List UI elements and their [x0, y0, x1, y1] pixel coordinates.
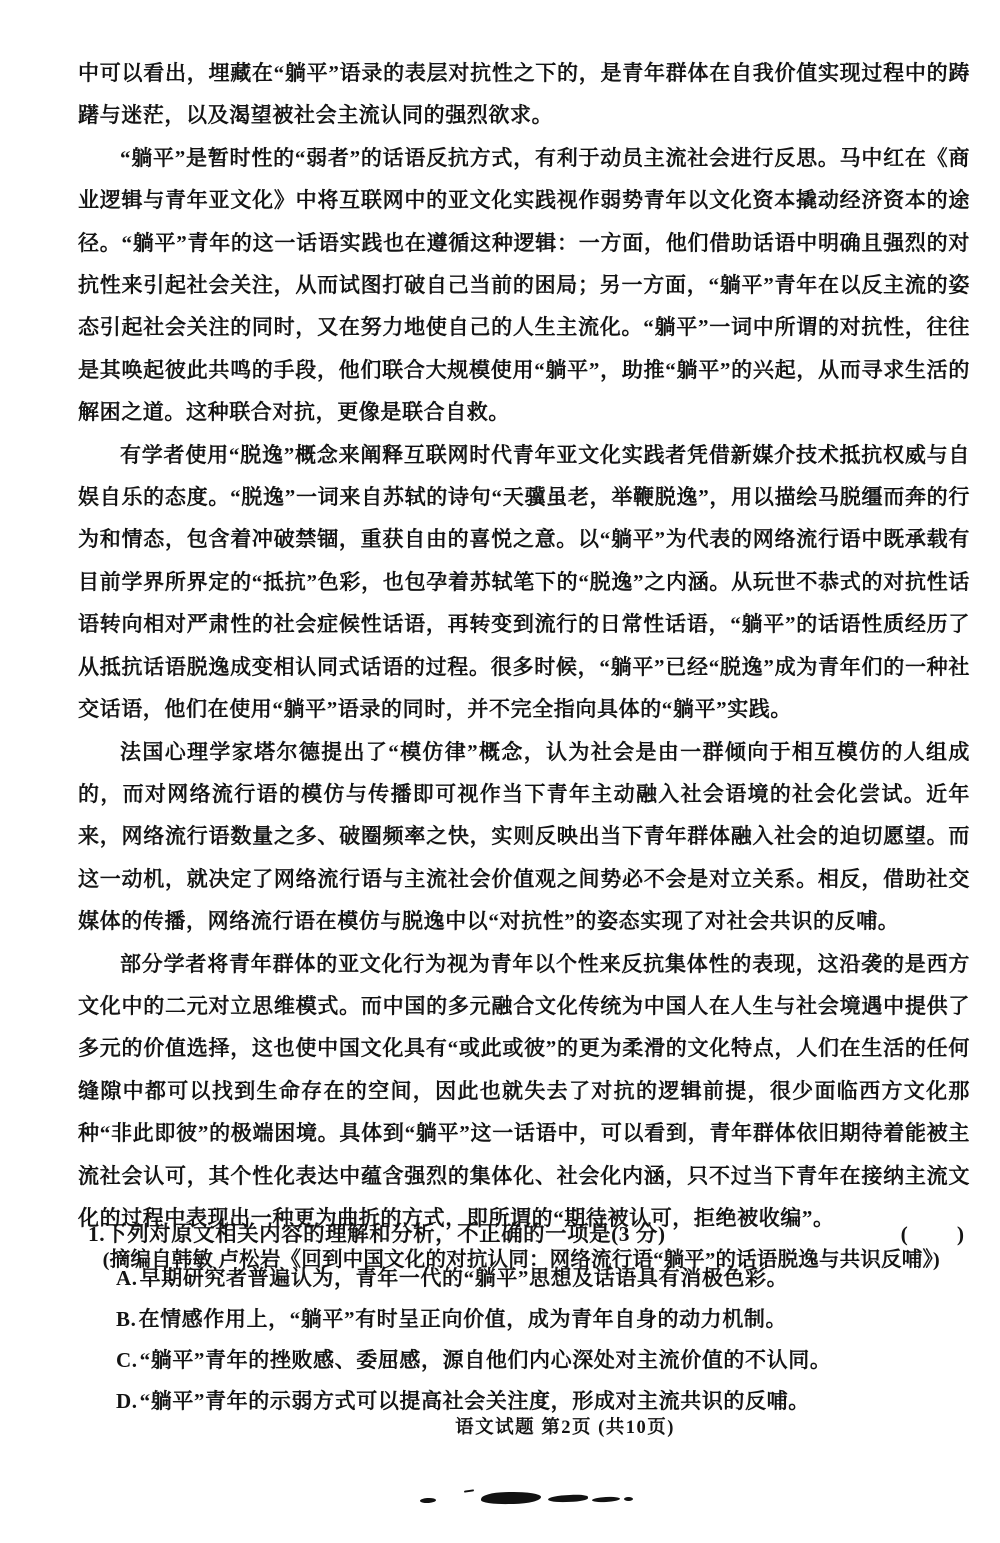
option-c-text: “躺平”青年的挫败感、委屈感，源自他们内心深处对主流价值的不认同。 — [140, 1348, 832, 1372]
option-a-text: 早期研究者普遍认为，青年一代的“躺平”思想及话语具有消极色彩。 — [140, 1266, 789, 1290]
scan-smudge-artifact — [481, 1491, 541, 1504]
reading-passage: 中可以看出，埋藏在“躺平”语录的表层对抗性之下的，是青年群体在自我价值实现过程中… — [78, 52, 970, 1281]
question-stem-text: 下列对原文相关内容的理解和分析，不正确的一项是(3 分) — [105, 1222, 665, 1246]
passage-paragraph: 部分学者将青年群体的亚文化行为视为青年以个性来反抗集体性的表现，这沿袭的是西方文… — [78, 943, 970, 1240]
scan-smudge-artifact — [464, 1489, 474, 1492]
scan-smudge-artifact — [624, 1497, 633, 1501]
option-b-text: 在情感作用上，“躺平”有时呈正向价值，成为青年自身的动力机制。 — [138, 1307, 787, 1331]
question-1: 1.下列对原文相关内容的理解和分析，不正确的一项是(3 分) ( ) A.早期研… — [88, 1212, 970, 1422]
passage-paragraph: “躺平”是暂时性的“弱者”的话语反抗方式，有利于动员主流社会进行反思。马中红在《… — [78, 137, 970, 434]
passage-paragraph-continuation: 中可以看出，埋藏在“躺平”语录的表层对抗性之下的，是青年群体在自我价值实现过程中… — [78, 52, 970, 137]
scan-smudge-artifact — [548, 1494, 588, 1502]
scan-smudge-artifact — [420, 1497, 436, 1503]
question-options: A.早期研究者普遍认为，青年一代的“躺平”思想及话语具有消极色彩。 B.在情感作… — [88, 1258, 970, 1422]
page-footer: 语文试题 第2页 (共10页) — [65, 1413, 1000, 1439]
option-d-label: D. — [116, 1389, 140, 1413]
question-stem: 1.下列对原文相关内容的理解和分析，不正确的一项是(3 分) — [88, 1212, 666, 1256]
question-stem-row: 1.下列对原文相关内容的理解和分析，不正确的一项是(3 分) ( ) — [88, 1212, 970, 1256]
option-a: A.早期研究者普遍认为，青年一代的“躺平”思想及话语具有消极色彩。 — [88, 1258, 970, 1299]
exam-paper-page: 中可以看出，埋藏在“躺平”语录的表层对抗性之下的，是青年群体在自我价值实现过程中… — [0, 0, 1000, 1543]
passage-paragraph: 法国心理学家塔尔德提出了“模仿律”概念，认为社会是由一群倾向于相互模仿的人组成的… — [78, 731, 970, 943]
option-b: B.在情感作用上，“躺平”有时呈正向价值，成为青年自身的动力机制。 — [88, 1299, 970, 1340]
option-c: C.“躺平”青年的挫败感、委屈感，源自他们内心深处对主流价值的不认同。 — [88, 1340, 970, 1381]
option-a-label: A. — [116, 1266, 140, 1290]
passage-paragraph: 有学者使用“脱逸”概念来阐释互联网时代青年亚文化实践者凭借新媒介技术抵抗权威与自… — [78, 434, 970, 731]
option-d-text: “躺平”青年的示弱方式可以提高社会关注度，形成对主流共识的反哺。 — [140, 1389, 810, 1413]
option-c-label: C. — [116, 1348, 140, 1372]
answer-brackets: ( ) — [901, 1212, 970, 1256]
question-number: 1. — [88, 1222, 105, 1246]
option-b-label: B. — [116, 1307, 138, 1331]
scan-smudge-artifact — [592, 1496, 620, 1502]
